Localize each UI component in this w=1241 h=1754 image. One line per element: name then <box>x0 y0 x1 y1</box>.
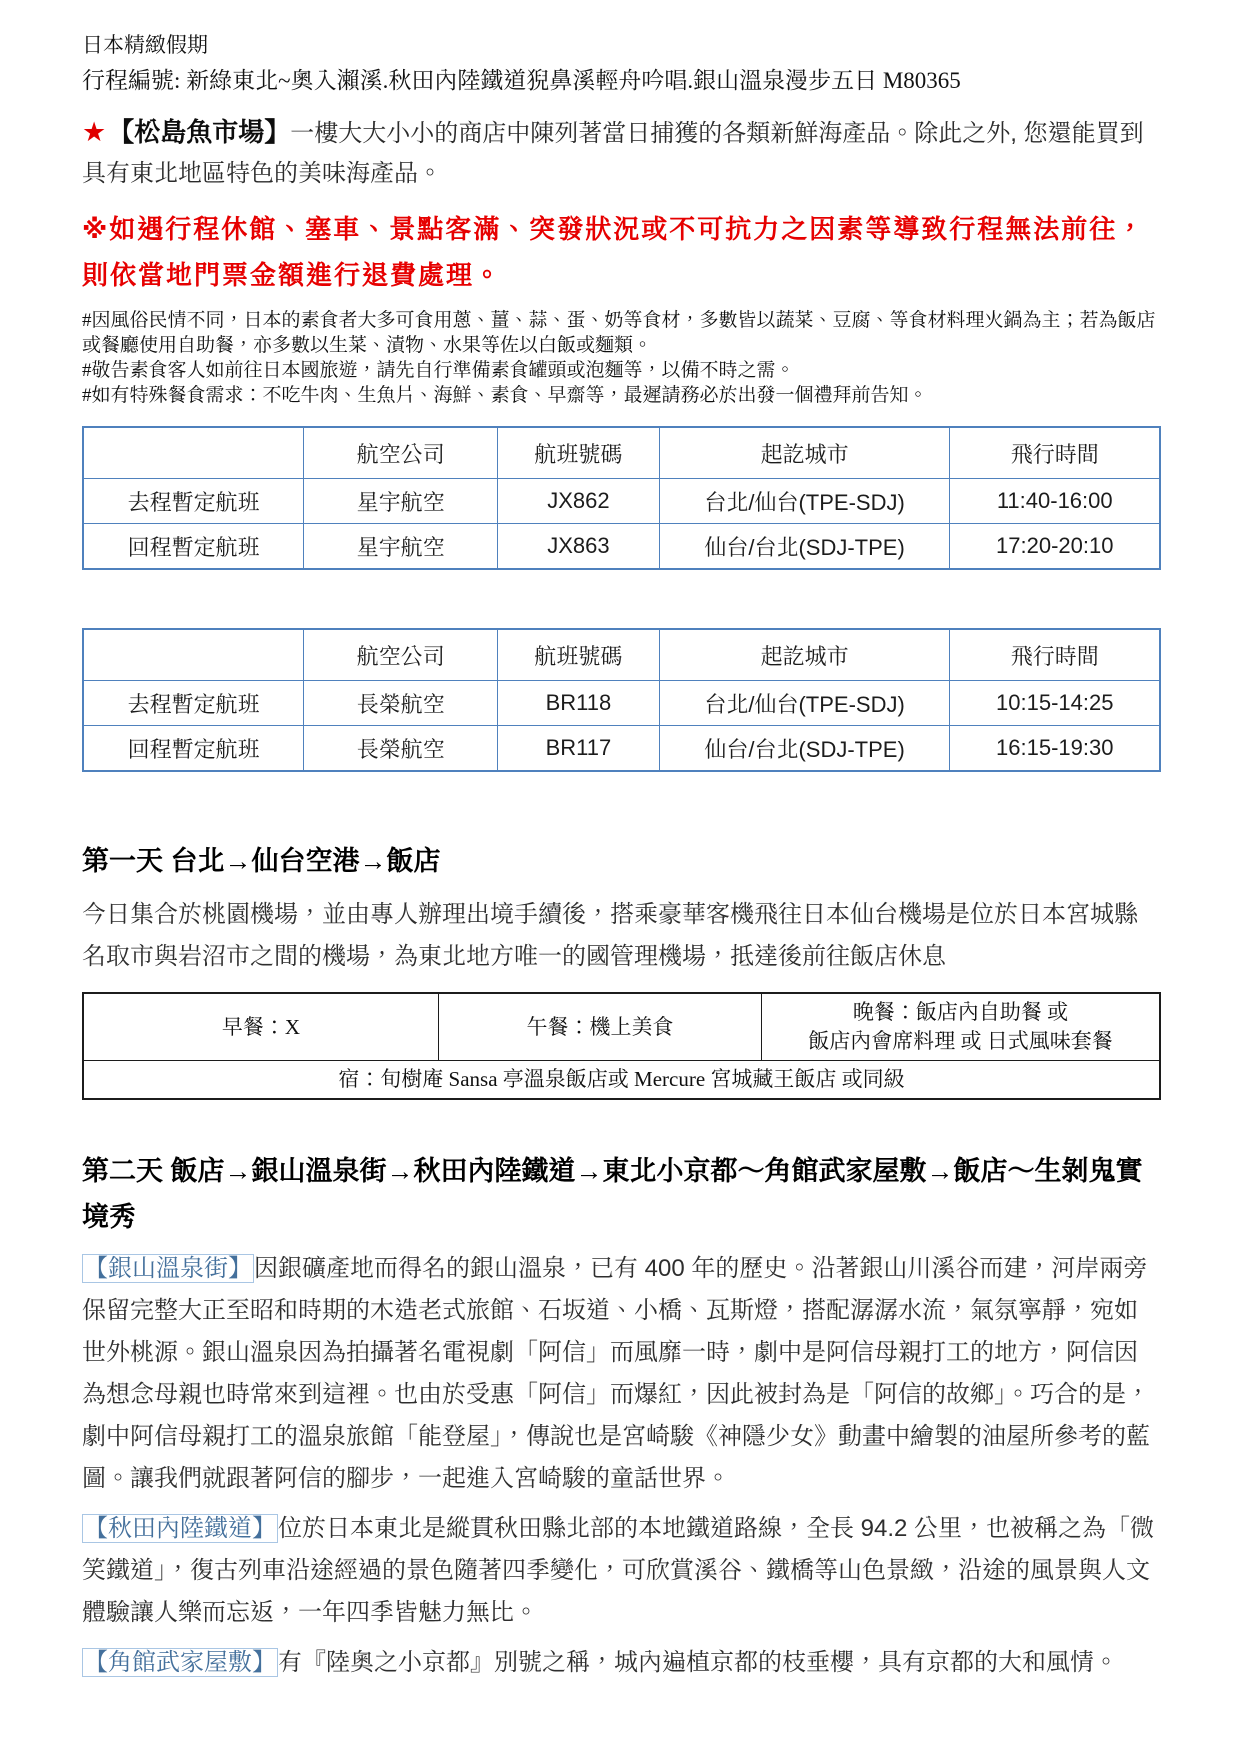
time-cell: 17:20-20:10 <box>950 524 1160 570</box>
day1-meal-table: 早餐：X 午餐：機上美食 晚餐：飯店內自助餐 或 飯店內會席料理 或 日式風味套… <box>82 992 1161 1100</box>
day2-heading: 第二天 飯店→銀山溫泉街→秋田內陸鐵道→東北小京都～角館武家屋敷→飯店～生剝鬼實… <box>82 1148 1161 1240</box>
dietary-notes: #因風俗民情不同，日本的素食者大多可食用蔥、薑、蒜、蛋、奶等食材，多數皆以蔬菜、… <box>82 308 1161 408</box>
itinerary-page: 日本精緻假期 行程編號: 新綠東北~奧入瀨溪.秋田內陸鐵道猊鼻溪輕舟吟唱.銀山溫… <box>0 0 1241 1724</box>
spot-ginzan-onsen: 【銀山溫泉街】因銀礦產地而得名的銀山溫泉，已有 400 年的歷史。沿著銀山川溪谷… <box>82 1248 1161 1500</box>
time-cell: 10:15-14:25 <box>950 681 1160 726</box>
spot-text: 因銀礦產地而得名的銀山溫泉，已有 400 年的歷史。沿著銀山川溪谷而建，河岸兩旁… <box>82 1255 1150 1492</box>
dinner-cell: 晚餐：飯店內自助餐 或 飯店內會席料理 或 日式風味套餐 <box>762 993 1161 1061</box>
spot-title: 【銀山溫泉街】 <box>82 1254 254 1283</box>
cities-cell: 台北/仙台(TPE-SDJ) <box>659 479 950 524</box>
airline-cell: 星宇航空 <box>304 479 498 524</box>
breakfast-cell: 早餐：X <box>83 993 438 1061</box>
row-label: 去程暫定航班 <box>83 479 304 524</box>
spot-text: 有『陸奧之小京都』別號之稱，城內遍植京都的枝垂櫻，具有京都的大和風情。 <box>278 1649 1118 1676</box>
airline-cell: 星宇航空 <box>304 524 498 570</box>
brand-title: 日本精緻假期 <box>82 30 1161 60</box>
note-item: #如有特殊餐食需求：不吃牛肉、生魚片、海鮮、素食、早齋等，最遲請務必於出發一個禮… <box>82 383 1161 408</box>
flight-row-outbound: 去程暫定航班 星宇航空 JX862 台北/仙台(TPE-SDJ) 11:40-1… <box>83 479 1160 524</box>
time-cell: 11:40-16:00 <box>950 479 1160 524</box>
cities-cell: 台北/仙台(TPE-SDJ) <box>659 681 950 726</box>
cities-cell: 仙台/台北(SDJ-TPE) <box>659 524 950 570</box>
note-item: #因風俗民情不同，日本的素食者大多可食用蔥、薑、蒜、蛋、奶等食材，多數皆以蔬菜、… <box>82 308 1161 358</box>
header-cell-time: 飛行時間 <box>950 629 1160 681</box>
header-cell-cities: 起訖城市 <box>659 629 950 681</box>
dinner-line-1: 晚餐：飯店內自助餐 或 <box>764 998 1157 1027</box>
airline-cell: 長榮航空 <box>304 681 498 726</box>
day1-heading: 第一天 台北→仙台空港→飯店 <box>82 838 1161 884</box>
cities-cell: 仙台/台北(SDJ-TPE) <box>659 726 950 772</box>
time-cell: 16:15-19:30 <box>950 726 1160 772</box>
flight-table-header-row: 航空公司 航班號碼 起訖城市 飛行時間 <box>83 427 1160 479</box>
spot-title: 【秋田內陸鐵道】 <box>82 1514 278 1543</box>
lodging-row: 宿：旬樹庵 Sansa 亭溫泉飯店或 Mercure 宮城藏王飯店 或同級 <box>83 1061 1160 1100</box>
header-cell-flight-no: 航班號碼 <box>498 629 660 681</box>
highlight-paragraph: ★【松島魚市場】一樓大大小小的商店中陳列著當日捕獲的各類新鮮海產品。除此之外, … <box>82 112 1161 194</box>
header-cell-cities: 起訖城市 <box>659 427 950 479</box>
highlight-title: 【松島魚市場】 <box>108 117 290 147</box>
header-cell-time: 飛行時間 <box>950 427 1160 479</box>
dinner-line-2: 飯店內會席料理 或 日式風味套餐 <box>764 1027 1157 1056</box>
lodging-cell: 宿：旬樹庵 Sansa 亭溫泉飯店或 Mercure 宮城藏王飯店 或同級 <box>83 1061 1160 1100</box>
lunch-cell: 午餐：機上美食 <box>438 993 761 1061</box>
star-icon: ★ <box>82 117 106 147</box>
flight-no-cell: BR118 <box>498 681 660 726</box>
row-label: 回程暫定航班 <box>83 726 304 772</box>
airline-cell: 長榮航空 <box>304 726 498 772</box>
day1-description: 今日集合於桃園機場，並由專人辦理出境手續後，搭乘豪華客機飛往日本仙台機場是位於日… <box>82 894 1161 978</box>
header-cell-empty <box>83 629 304 681</box>
flight-row-return: 回程暫定航班 星宇航空 JX863 仙台/台北(SDJ-TPE) 17:20-2… <box>83 524 1160 570</box>
itinerary-code: 行程編號: 新綠東北~奧入瀨溪.秋田內陸鐵道猊鼻溪輕舟吟唱.銀山溫泉漫步五日 M… <box>82 64 1161 98</box>
row-label: 回程暫定航班 <box>83 524 304 570</box>
flight-table-eva: 航空公司 航班號碼 起訖城市 飛行時間 去程暫定航班 長榮航空 BR118 台北… <box>82 628 1161 772</box>
flight-no-cell: BR117 <box>498 726 660 772</box>
header-cell-airline: 航空公司 <box>304 629 498 681</box>
flight-row-outbound: 去程暫定航班 長榮航空 BR118 台北/仙台(TPE-SDJ) 10:15-1… <box>83 681 1160 726</box>
meal-row: 早餐：X 午餐：機上美食 晚餐：飯店內自助餐 或 飯店內會席料理 或 日式風味套… <box>83 993 1160 1061</box>
flight-table-header-row: 航空公司 航班號碼 起訖城市 飛行時間 <box>83 629 1160 681</box>
spot-kakunodate: 【角館武家屋敷】有『陸奧之小京都』別號之稱，城內遍植京都的枝垂櫻，具有京都的大和… <box>82 1642 1161 1684</box>
row-label: 去程暫定航班 <box>83 681 304 726</box>
spot-akita-railway: 【秋田內陸鐵道】位於日本東北是縱貫秋田縣北部的本地鐵道路線，全長 94.2 公里… <box>82 1508 1161 1634</box>
header-cell-flight-no: 航班號碼 <box>498 427 660 479</box>
header-cell-airline: 航空公司 <box>304 427 498 479</box>
flight-no-cell: JX863 <box>498 524 660 570</box>
flight-no-cell: JX862 <box>498 479 660 524</box>
note-item: #敬告素食客人如前往日本國旅遊，請先自行準備素食罐頭或泡麵等，以備不時之需。 <box>82 358 1161 383</box>
header-cell-empty <box>83 427 304 479</box>
refund-notice: ※如遇行程休館、塞車、景點客滿、突發狀況或不可抗力之因素等導致行程無法前往，則依… <box>82 206 1161 298</box>
spot-title: 【角館武家屋敷】 <box>82 1648 278 1677</box>
flight-row-return: 回程暫定航班 長榮航空 BR117 仙台/台北(SDJ-TPE) 16:15-1… <box>83 726 1160 772</box>
flight-table-starlux: 航空公司 航班號碼 起訖城市 飛行時間 去程暫定航班 星宇航空 JX862 台北… <box>82 426 1161 570</box>
